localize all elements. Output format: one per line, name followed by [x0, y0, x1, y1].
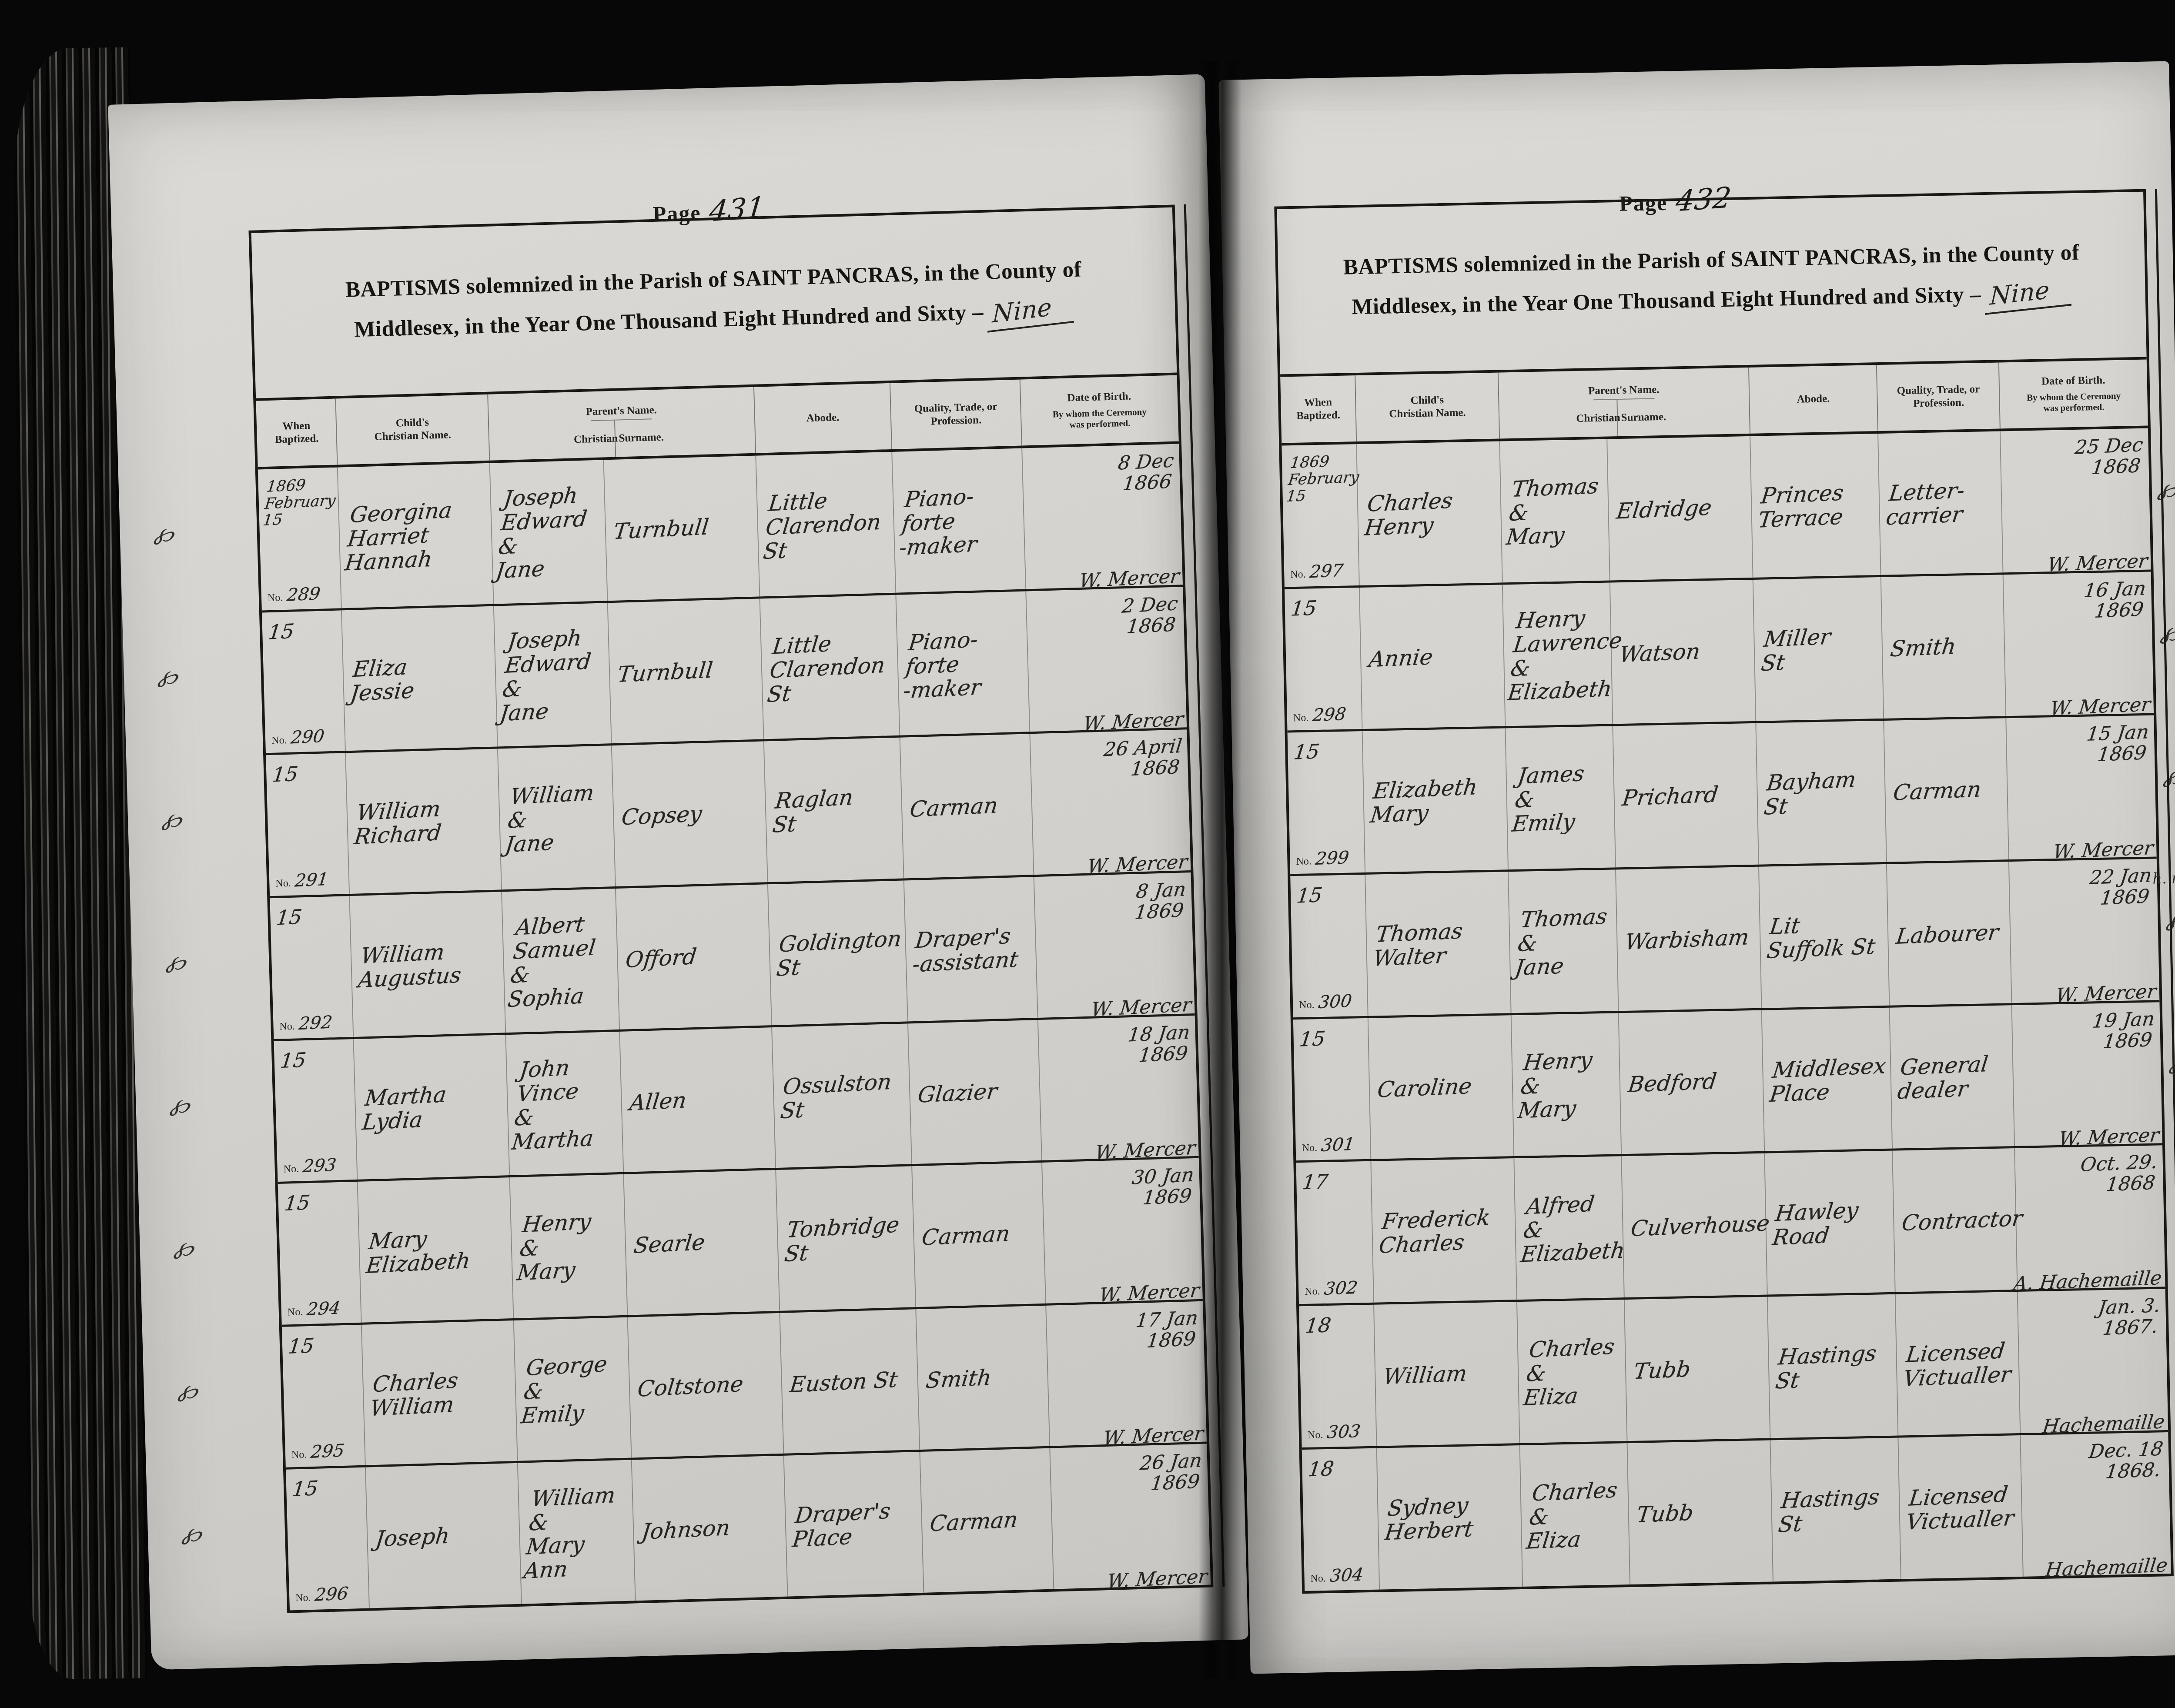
- register-row: 18No.303WilliamCharles & ElizaTubbHastin…: [1299, 1289, 2168, 1450]
- header-date-of-birth: Date of Birth. By whom the Ceremony was …: [1021, 375, 1179, 446]
- header-when-baptized: When Baptized.: [1280, 375, 1357, 443]
- cell-abode: Euston St: [780, 1309, 920, 1454]
- cell-birth-and-minister: 15 Jan 1869W. Mercer: [2007, 715, 2157, 859]
- entry-number: No.297: [1290, 562, 1344, 582]
- date-of-birth: Jan. 3. 1867.: [2095, 1295, 2162, 1340]
- cell-child-name: Eliza Jessie: [342, 606, 498, 751]
- parent-christian-names: John Vince & Martha: [510, 1054, 602, 1154]
- when-baptized-value: 15: [1298, 1027, 1327, 1050]
- book-gutter-shadow: [1198, 61, 1242, 1679]
- cell-profession: Carman: [1884, 718, 2009, 862]
- abode: Raglan St: [771, 785, 854, 837]
- abode: Hawley Road: [1771, 1198, 1859, 1250]
- parent-surname: Tubb: [1635, 1501, 1694, 1527]
- entry-number: No.295: [291, 1441, 345, 1462]
- margin-tick-mark: ℘: [2168, 1045, 2175, 1078]
- header-christian-label: Christian: [574, 432, 618, 446]
- cell-parent-christian: Charles & Eliza: [1517, 1300, 1627, 1443]
- entry-number-label: No.: [1310, 1573, 1326, 1585]
- cell-birth-and-minister: 18 Jan 1869W. Mercer: [1038, 1015, 1199, 1160]
- child-christian-name: Georgina Harriet Hannah: [344, 498, 453, 575]
- parent-surname: Turnbull: [612, 515, 710, 544]
- year-word-handwritten: Nine: [988, 290, 1075, 332]
- abode: Hastings St: [1774, 1341, 1877, 1393]
- when-baptized-value: 15: [283, 1191, 311, 1215]
- parent-christian-names: Alfred & Elizabeth: [1519, 1191, 1632, 1267]
- cell-birth-and-minister: 8 Jan 1869W. Mercer: [1034, 872, 1195, 1018]
- parent-christian-names: William & Jane: [504, 781, 595, 857]
- cell-profession: Letter- carrier: [1879, 431, 2004, 575]
- header-abode: Abode.: [754, 383, 893, 453]
- child-christian-name: Eliza Jessie: [349, 655, 418, 706]
- when-baptized-value: 17: [1301, 1170, 1329, 1193]
- cell-when-baptized: 15No.295: [282, 1324, 366, 1467]
- cell-abode: Princes Terrace: [1750, 434, 1881, 578]
- cell-when-baptized: 15No.300: [1290, 875, 1369, 1017]
- date-of-birth: 26 Jan 1869: [1136, 1451, 1203, 1496]
- cell-birth-and-minister: 19 Jan 1869W. Mercer: [2012, 1002, 2162, 1146]
- entry-number-label: No.: [1305, 1286, 1320, 1298]
- parent-surname: Copsey: [621, 802, 703, 829]
- cell-parent-christian: George & Emily: [514, 1317, 632, 1461]
- header-by-whom-label: By whom the Ceremony was performed.: [1053, 406, 1147, 431]
- date-of-birth: 18 Jan 1869: [1124, 1022, 1191, 1067]
- cell-parent-christian: Henry & Mary: [510, 1174, 628, 1318]
- cell-birth-and-minister: 8 Dec 1866W. Mercer: [1022, 444, 1183, 589]
- quality-trade-profession: Carman: [909, 793, 999, 822]
- when-baptized-value: 15: [267, 620, 295, 643]
- entry-number: No.290: [271, 727, 325, 748]
- cell-when-baptized: 18No.304: [1302, 1448, 1380, 1591]
- parent-surname: Prichard: [1621, 782, 1719, 810]
- cell-parent-surname: Eldridge: [1607, 436, 1753, 580]
- cell-parent-christian: Thomas & Mary: [1500, 439, 1610, 583]
- parent-surname: Eldridge: [1615, 495, 1713, 523]
- cell-child-name: Caroline: [1369, 1015, 1514, 1159]
- entry-number-value: 304: [1329, 1565, 1365, 1585]
- header-child-label: Child's Christian Name.: [1389, 393, 1466, 421]
- cell-child-name: Thomas Walter: [1365, 872, 1511, 1016]
- parent-christian-names: Charles & Eliza: [1522, 1335, 1616, 1410]
- parent-surname: Bedford: [1626, 1070, 1718, 1097]
- cell-parent-christian: Joseph Edward & Jane: [494, 603, 612, 747]
- header-quality-label: Quality, Trade, or Profession.: [914, 400, 997, 429]
- cell-abode: Little Clarendon St: [756, 452, 896, 596]
- date-of-birth: Oct. 29. 1868: [2077, 1152, 2158, 1197]
- cell-child-name: William Richard: [346, 749, 502, 894]
- margin-tick-mark: ℘: [2165, 902, 2175, 935]
- cell-parent-surname: Offord: [616, 884, 772, 1029]
- header-dob-label: Date of Birth.: [2041, 374, 2105, 388]
- parent-christian-names: Joseph Edward & Jane: [495, 483, 591, 583]
- parent-christian-names: Henry Lawrence & Elizabeth: [1506, 605, 1626, 705]
- entry-number-value: 289: [286, 584, 321, 605]
- header-parent-label: Parent's Name.: [1588, 383, 1660, 398]
- quality-trade-profession: Glazier: [917, 1080, 999, 1107]
- header-when-label: When Baptized.: [1296, 395, 1340, 423]
- header-parents-name: Parent's Name. Christian Surname.: [1499, 368, 1750, 439]
- register-title-line2: Middlesex, in the Year One Thousand Eigh…: [354, 294, 1075, 346]
- register-title-line2-text: Middlesex, in the Year One Thousand Eigh…: [354, 299, 984, 342]
- header-when-baptized: When Baptized.: [256, 399, 338, 467]
- cell-when-baptized: 15No.294: [278, 1182, 362, 1325]
- entry-number: No.293: [283, 1156, 337, 1176]
- abode: Ossulston St: [779, 1070, 893, 1123]
- parent-christian-names: Thomas & Jane: [1513, 904, 1608, 980]
- cell-child-name: Annie: [1360, 585, 1506, 729]
- when-baptized-value: 15: [275, 906, 303, 929]
- when-baptized-value: 18: [1307, 1457, 1335, 1481]
- quality-trade-profession: Carman: [929, 1507, 1019, 1536]
- cell-child-name: William: [1374, 1302, 1520, 1446]
- when-baptized-value: 18: [1304, 1314, 1332, 1337]
- cell-profession: Carman: [920, 1448, 1054, 1593]
- cell-birth-and-minister: 17 Jan 1869W. Mercer: [1046, 1301, 1207, 1446]
- entry-number-value: 295: [310, 1441, 345, 1462]
- date-of-birth: 26 April 1868: [1101, 736, 1183, 782]
- cell-profession: General dealer: [1890, 1005, 2015, 1149]
- date-of-birth: 8 Dec 1866: [1114, 450, 1175, 495]
- cell-parent-surname: Turnbull: [608, 598, 764, 743]
- cell-birth-and-minister: 2 Dec 1868W. Mercer: [1026, 587, 1187, 732]
- entry-number: No.299: [1296, 848, 1349, 868]
- entry-number-value: 301: [1320, 1135, 1356, 1155]
- child-christian-name: Frederick Charles: [1378, 1205, 1492, 1257]
- cell-parent-christian: William & Mary Ann: [518, 1460, 636, 1604]
- child-christian-name: Annie: [1368, 645, 1434, 672]
- date-of-birth: Dec. 18 1868.: [2085, 1439, 2165, 1484]
- cell-abode: Miller St: [1753, 577, 1884, 721]
- cell-birth-and-minister: Jan. 3. 1867.Hachemaille: [2018, 1289, 2168, 1433]
- parent-surname: Culverhouse: [1630, 1211, 1771, 1241]
- cell-profession: Licensed Victualler: [1896, 1292, 2021, 1435]
- cell-birth-and-minister: Oct. 29. 1868A. Hachemaille: [2015, 1146, 2165, 1290]
- cell-when-baptized: 15No.293: [274, 1039, 358, 1182]
- cell-when-baptized: 15No.291: [266, 753, 350, 896]
- header-abode: Abode.: [1749, 365, 1879, 434]
- child-christian-name: Mary Elizabeth: [365, 1225, 474, 1278]
- register-row: ℘15No.301CarolineHenry & MaryBedfordMidd…: [1293, 1002, 2162, 1163]
- abode: Little Clarendon St: [762, 486, 885, 564]
- date-of-birth: 19 Jan 1869: [2089, 1009, 2156, 1053]
- entry-number-label: No.: [1290, 568, 1306, 581]
- entry-number-label: No.: [275, 878, 291, 890]
- header-surname: Surname.: [1617, 399, 1670, 436]
- cell-parent-surname: Coltstone: [628, 1313, 784, 1458]
- abode: Bayham St: [1763, 768, 1857, 819]
- abode: Little Clarendon St: [766, 629, 889, 706]
- parent-christian-names: Albert Samuel & Sophia: [506, 912, 599, 1012]
- quality-trade-profession: Letter- carrier: [1885, 479, 1967, 530]
- date-of-birth: 17 Jan 1869: [1132, 1307, 1199, 1353]
- entry-number-label: No.: [271, 735, 287, 747]
- cell-profession: Draper's -assistant: [904, 877, 1038, 1021]
- cell-when-baptized: 1869 February 15No.297: [1282, 444, 1360, 587]
- register-rows: ℘1869 February 15No.297Charles HenryThom…: [1282, 428, 2171, 1591]
- cell-parent-christian: William & Jane: [498, 745, 616, 889]
- header-quality: Quality, Trade, or Profession.: [890, 380, 1022, 449]
- when-baptized-value: 15: [279, 1049, 307, 1072]
- entry-number-label: No.: [1299, 999, 1315, 1011]
- book-photo: { "colors": { "background": "#070707", "…: [0, 0, 2175, 1708]
- title-block: BAPTISMS solemnized in the Parish of SAI…: [1277, 192, 2146, 377]
- cell-parent-surname: Copsey: [612, 742, 768, 886]
- cell-child-name: Georgina Harriet Hannah: [338, 463, 494, 608]
- parent-christian-names: Henry & Mary: [1516, 1048, 1593, 1123]
- entry-number-value: 303: [1326, 1422, 1362, 1442]
- entry-number-label: No.: [291, 1449, 307, 1461]
- cell-parent-christian: Henry & Mary: [1512, 1013, 1622, 1156]
- abode: Hastings St: [1777, 1485, 1881, 1537]
- cell-when-baptized: 15No.299: [1288, 731, 1366, 874]
- cell-when-baptized: 15No.301: [1293, 1018, 1372, 1160]
- entry-number: No.303: [1307, 1422, 1361, 1442]
- entry-number-value: 294: [306, 1298, 341, 1319]
- parent-christian-names: George & Emily: [520, 1352, 609, 1428]
- child-christian-name: William Augustus: [357, 939, 465, 992]
- cell-when-baptized: 15No.296: [286, 1467, 370, 1611]
- cell-profession: Glazier: [908, 1020, 1042, 1164]
- quality-trade-profession: Draper's -assistant: [911, 923, 1022, 976]
- cell-abode: Hastings St: [1770, 1438, 1901, 1582]
- when-baptized-value: 1869 February 15: [262, 475, 338, 529]
- abode: Tonbridge St: [783, 1213, 900, 1266]
- cell-child-name: Mary Elizabeth: [358, 1177, 514, 1322]
- entry-number: No.302: [1305, 1279, 1358, 1299]
- parent-surname: Offord: [625, 945, 698, 972]
- cell-parent-surname: Tubb: [1627, 1441, 1773, 1584]
- parent-surname: Turnbull: [616, 658, 714, 687]
- parent-christian-names: James & Emily: [1511, 762, 1586, 836]
- header-by-whom-label: By whom the Ceremony was performed.: [2027, 390, 2121, 414]
- header-surname-label: Surname.: [619, 431, 664, 445]
- cell-child-name: Elizabeth Mary: [1363, 728, 1509, 872]
- date-of-birth: 8 Jan 1869: [1133, 879, 1187, 924]
- register-row: ℘1869 February 15No.297Charles HenryThom…: [1282, 428, 2151, 589]
- cell-parent-christian: Henry Lawrence & Elizabeth: [1503, 582, 1613, 726]
- cell-parent-christian: Joseph Edward & Jane: [490, 460, 608, 604]
- cell-parent-christian: John Vince & Martha: [506, 1031, 624, 1175]
- cell-abode: Tonbridge St: [776, 1166, 916, 1310]
- header-abode-label: Abode.: [1797, 392, 1830, 406]
- quality-trade-profession: Piano-forte -maker: [902, 625, 1028, 703]
- cell-parent-christian: Charles & Eliza: [1520, 1443, 1630, 1587]
- cell-abode: Draper's Place: [784, 1452, 924, 1596]
- header-parents-name-top: Parent's Name.: [1588, 369, 1660, 400]
- quality-trade-profession: Licensed Victualler: [1902, 1338, 2015, 1390]
- register-row: ℘15No.294Mary ElizabethHenry & MarySearl…: [278, 1158, 1203, 1327]
- header-christian: Christian: [576, 421, 616, 458]
- entry-number-value: 300: [1318, 991, 1353, 1012]
- register-row: ℘15No.292William AugustusAlbert Samuel &…: [270, 872, 1195, 1041]
- date-of-birth: 15 Jan 1869: [2083, 722, 2150, 766]
- parent-surname: Warbisham: [1624, 925, 1750, 954]
- cell-profession: Carman: [912, 1163, 1046, 1307]
- margin-note: h. m.: [2152, 869, 2175, 887]
- register-row: 18No.304Sydney HerbertCharles & ElizaTub…: [1302, 1432, 2171, 1591]
- register-row: 17No.302Frederick CharlesAlfred & Elizab…: [1296, 1146, 2165, 1307]
- cell-when-baptized: 18No.303: [1299, 1305, 1377, 1447]
- register-row: ℘15No.293Martha LydiaJohn Vince & Martha…: [274, 1015, 1198, 1184]
- date-of-birth: 22 Jan 1869: [2086, 865, 2153, 910]
- child-christian-name: Sydney Herbert: [1384, 1493, 1478, 1544]
- quality-trade-profession: General dealer: [1897, 1052, 1990, 1104]
- header-child-name: Child's Christian Name.: [336, 394, 490, 465]
- header-parents-subcolumns: Christian Surname.: [1579, 399, 1670, 437]
- entry-number-value: 290: [290, 727, 325, 748]
- when-baptized-value: 15: [1292, 740, 1321, 763]
- parent-christian-names: Charles & Eliza: [1525, 1478, 1619, 1554]
- margin-tick-mark: ℘: [2162, 758, 2175, 791]
- entry-number-label: No.: [279, 1020, 295, 1033]
- cell-birth-and-minister: 26 Jan 1869W. Mercer: [1050, 1444, 1211, 1589]
- header-parents-name-top: Parent's Name.: [585, 390, 657, 421]
- register-row: ℘1869 February 15No.289Georgina Harriet …: [258, 444, 1183, 612]
- header-quality: Quality, Trade, or Profession.: [1877, 362, 2001, 431]
- margin-tick-mark: ℘: [164, 944, 189, 977]
- cell-profession: Labourer: [1887, 862, 2012, 1005]
- date-of-birth: 25 Dec 1868: [2071, 435, 2144, 479]
- register-row: ℘15No.296JosephWilliam & Mary AnnJohnson…: [286, 1444, 1211, 1611]
- minister-signature: Hachemaille: [2044, 1555, 2168, 1581]
- title-block: BAPTISMS solemnized in the Parish of SAI…: [251, 207, 1177, 401]
- entry-number-value: 293: [302, 1155, 337, 1176]
- margin-tick-mark: ℘: [177, 1373, 201, 1406]
- entry-number-label: No.: [268, 592, 283, 604]
- register-row: ℘15No.295Charles WilliamGeorge & EmilyCo…: [282, 1301, 1207, 1470]
- cell-abode: Middlesex Place: [1762, 1007, 1893, 1151]
- cell-parent-surname: Prichard: [1613, 723, 1759, 867]
- margin-tick-mark: ℘: [181, 1516, 205, 1549]
- entry-number: No.296: [295, 1584, 348, 1605]
- register-rows: ℘1869 February 15No.289Georgina Harriet …: [258, 444, 1211, 1610]
- cell-birth-and-minister: 25 Dec 1868W. Mercer: [2001, 428, 2151, 573]
- cell-parent-surname: Searle: [624, 1170, 780, 1315]
- when-baptized-value: 1869 February 15: [1285, 452, 1362, 505]
- entry-number-value: 292: [298, 1013, 333, 1033]
- register-title-line1: BAPTISMS solemnized in the Parish of SAI…: [1343, 240, 2079, 280]
- cell-child-name: Frederick Charles: [1372, 1159, 1517, 1303]
- entry-number-label: No.: [283, 1163, 299, 1176]
- margin-tick-mark: ℘: [169, 1087, 193, 1120]
- parent-christian-names: William & Mary Ann: [522, 1482, 635, 1583]
- abode: Lit Suffolk St: [1765, 911, 1879, 963]
- cell-profession: Piano-forte -maker: [897, 591, 1031, 735]
- parent-surname: Johnson: [640, 1516, 731, 1544]
- cell-birth-and-minister: 30 Jan 1869W. Mercer: [1042, 1158, 1203, 1304]
- entry-number: No.298: [1293, 705, 1346, 725]
- entry-number-value: 291: [294, 869, 329, 890]
- cell-profession: Smith: [917, 1306, 1051, 1450]
- header-quality-label: Quality, Trade, or Profession.: [1897, 383, 1980, 411]
- date-of-birth: 30 Jan 1869: [1128, 1165, 1195, 1210]
- abode: Middlesex Place: [1768, 1054, 1887, 1106]
- entry-number-label: No.: [1296, 856, 1312, 868]
- child-christian-name: Martha Lydia: [361, 1083, 448, 1135]
- register-row: ℘15No.299Elizabeth MaryJames & EmilyPric…: [1288, 715, 2157, 876]
- entry-number-label: No.: [288, 1306, 303, 1318]
- cell-parent-christian: Albert Samuel & Sophia: [502, 889, 620, 1033]
- cell-when-baptized: 17No.302: [1296, 1161, 1374, 1304]
- cell-child-name: Martha Lydia: [354, 1035, 510, 1180]
- cell-child-name: Joseph: [366, 1463, 522, 1608]
- register-title-line1: BAPTISMS solemnized in the Parish of SAI…: [345, 257, 1082, 302]
- cell-profession: Licensed Victualler: [1899, 1435, 2024, 1579]
- abode: Draper's Place: [791, 1499, 892, 1552]
- cell-parent-surname: Warbisham: [1616, 866, 1762, 1010]
- entry-number: No.291: [275, 870, 329, 890]
- margin-tick-mark: ℘: [2156, 471, 2175, 505]
- cell-birth-and-minister: Dec. 18 1868.Hachemaille: [2021, 1432, 2171, 1577]
- register-row: ℘15No.298AnnieHenry Lawrence & Elizabeth…: [1285, 572, 2154, 732]
- child-christian-name: Joseph: [375, 1524, 451, 1551]
- cell-profession: Carman: [900, 734, 1034, 879]
- cell-parent-surname: Johnson: [632, 1456, 788, 1601]
- quality-trade-profession: Labourer: [1895, 920, 2000, 949]
- cell-profession: Piano-forte -maker: [892, 448, 1026, 593]
- entry-number-label: No.: [1293, 712, 1309, 724]
- entry-number-value: 297: [1309, 561, 1345, 582]
- right-page: Page432 BAPTISMS solemnized in the Paris…: [1218, 61, 2175, 1674]
- cell-when-baptized: 15No.298: [1285, 588, 1363, 730]
- parent-surname: Allen: [629, 1088, 688, 1115]
- cell-abode: Hastings St: [1767, 1294, 1898, 1438]
- quality-trade-profession: Piano-forte -maker: [898, 482, 1024, 560]
- entry-number-label: No.: [1302, 1143, 1318, 1155]
- child-christian-name: Thomas Walter: [1372, 919, 1464, 970]
- quality-trade-profession: Carman: [1892, 777, 1983, 805]
- child-christian-name: William: [1382, 1362, 1469, 1389]
- cell-birth-and-minister: 26 April 1868W. Mercer: [1030, 729, 1191, 875]
- quality-trade-profession: Smith: [925, 1366, 993, 1393]
- parent-surname: Tubb: [1633, 1357, 1692, 1384]
- cell-profession: Contractor: [1893, 1148, 2018, 1292]
- cell-abode: Lit Suffolk St: [1759, 864, 1890, 1008]
- child-christian-name: Caroline: [1376, 1074, 1473, 1102]
- quality-trade-profession: Licensed Victualler: [1905, 1482, 2018, 1534]
- entry-number: No.294: [287, 1299, 341, 1319]
- parent-christian-names: Joseph Edward & Jane: [499, 626, 595, 726]
- cell-parent-christian: Thomas & Jane: [1509, 869, 1619, 1013]
- left-page: Page431 BAPTISMS solemnized in the Paris…: [108, 74, 1248, 1670]
- register-row: ℘15No.291William RichardWilliam & JaneCo…: [266, 729, 1191, 898]
- entry-number: No.300: [1299, 992, 1352, 1012]
- parent-christian-names: Henry & Mary: [516, 1210, 592, 1285]
- cell-when-baptized: 1869 February 15No.289: [258, 467, 342, 610]
- entry-number-value: 299: [1315, 848, 1350, 868]
- cell-abode: Bayham St: [1756, 721, 1887, 865]
- header-surname-label: Surname.: [1621, 411, 1666, 425]
- register-table: BAPTISMS solemnized in the Parish of SAI…: [248, 205, 1213, 1613]
- abode: Princes Terrace: [1757, 481, 1847, 532]
- cell-abode: Raglan St: [764, 738, 904, 882]
- register-row: ℘15No.290Eliza JessieJoseph Edward & Jan…: [262, 587, 1187, 755]
- entry-number-value: 296: [314, 1584, 349, 1605]
- date-of-birth: 2 Dec 1868: [1119, 593, 1179, 638]
- cell-abode: Little Clarendon St: [760, 595, 900, 739]
- header-christian: Christian: [1579, 400, 1618, 437]
- margin-tick-mark: ℘: [161, 801, 185, 834]
- header-dob-label: Date of Birth.: [1067, 390, 1131, 405]
- header-parent-label: Parent's Name.: [586, 403, 657, 418]
- child-christian-name: William Richard: [353, 797, 445, 849]
- header-surname: Surname.: [615, 419, 667, 457]
- cell-parent-surname: Culverhouse: [1622, 1153, 1767, 1297]
- cell-child-name: Sydney Herbert: [1377, 1445, 1523, 1589]
- cell-child-name: Charles William: [362, 1320, 518, 1465]
- header-child-label: Child's Christian Name.: [374, 415, 451, 444]
- cell-parent-surname: Turnbull: [604, 456, 760, 601]
